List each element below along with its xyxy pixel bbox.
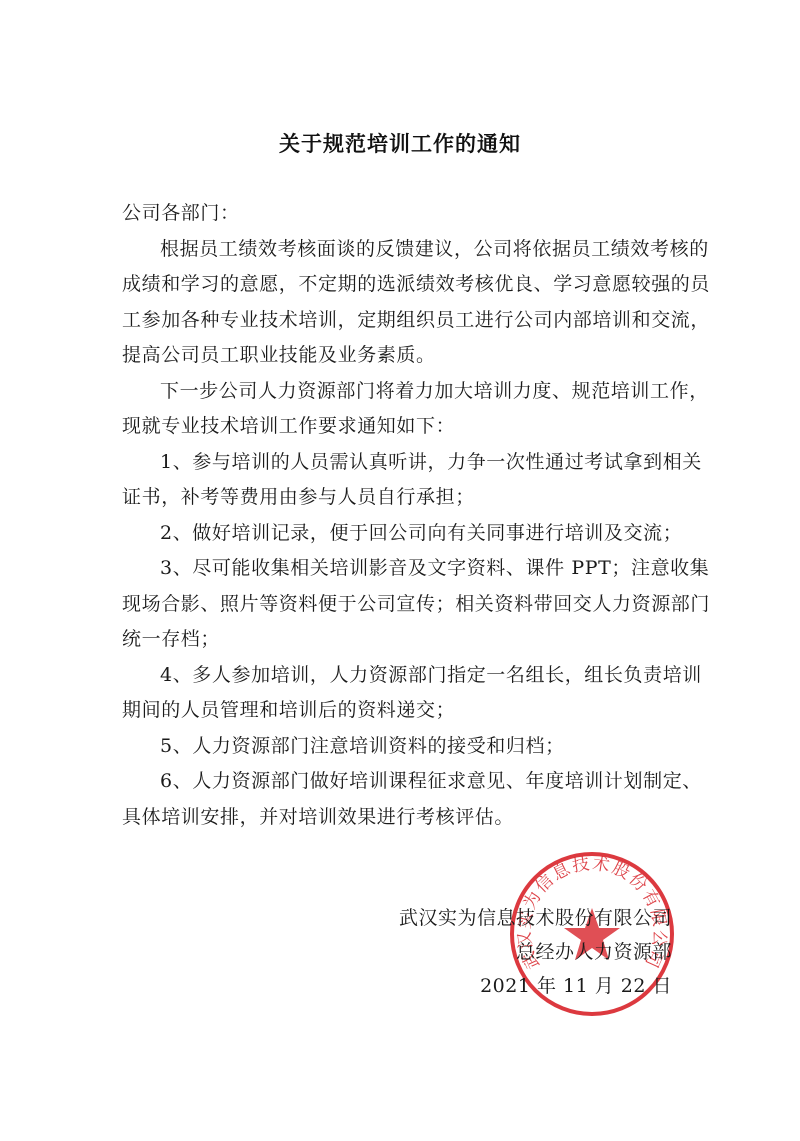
- document-page: 关于规范培训工作的通知 公司各部门： 根据员工绩效考核面谈的反馈建议，公司将依据…: [0, 0, 800, 1141]
- text-line: 具体培训安排，并对培训效果进行考核评估。: [84, 800, 682, 836]
- text-line: 工参加各种专业技术培训，定期组织员工进行公司内部培训和交流，: [84, 303, 682, 339]
- text-line: 4、多人参加培训，人力资源部门指定一名组长，组长负责培训: [122, 658, 682, 694]
- requirement-item-5: 5、人力资源部门注意培训资料的接受和归档；: [122, 729, 682, 765]
- paragraph-intro: 根据员工绩效考核面谈的反馈建议，公司将依据员工绩效考核的 成绩和学习的意愿，不定…: [122, 232, 682, 374]
- text-line: 2、做好培训记录，便于回公司向有关同事进行培训及交流；: [122, 516, 682, 552]
- text-line: 下一步公司人力资源部门将着力加大培训力度、规范培训工作，: [122, 374, 682, 410]
- signature-date: 2021 年 11 月 22 日: [480, 971, 672, 998]
- requirement-item-4: 4、多人参加培训，人力资源部门指定一名组长，组长负责培训 期间的人员管理和培训后…: [122, 658, 682, 729]
- requirement-item-1: 1、参与培训的人员需认真听讲，力争一次性通过考试拿到相关 证书，补考等费用由参与…: [122, 445, 682, 516]
- requirement-item-2: 2、做好培训记录，便于回公司向有关同事进行培训及交流；: [122, 516, 682, 552]
- text-line: 证书，补考等费用由参与人员自行承担；: [84, 480, 682, 516]
- text-line: 提高公司员工职业技能及业务素质。: [84, 338, 682, 374]
- document-title: 关于规范培训工作的通知: [0, 128, 800, 158]
- text-line: 1、参与培训的人员需认真听讲，力争一次性通过考试拿到相关: [122, 445, 682, 481]
- text-line: 统一存档；: [84, 622, 682, 658]
- text-line: 成绩和学习的意愿，不定期的选派绩效考核优良、学习意愿较强的员: [84, 267, 682, 303]
- requirement-item-3: 3、尽可能收集相关培训影音及文字资料、课件 PPT；注意收集 现场合影、照片等资…: [122, 551, 682, 658]
- paragraph-next-step: 下一步公司人力资源部门将着力加大培训力度、规范培训工作， 现就专业技术培训工作要…: [122, 374, 682, 445]
- text-line: 现就专业技术培训工作要求通知如下：: [84, 409, 682, 445]
- signature-company: 武汉实为信息技术股份有限公司: [399, 903, 672, 930]
- text-line: 根据员工绩效考核面谈的反馈建议，公司将依据员工绩效考核的: [122, 232, 682, 268]
- salutation: 公司各部门：: [122, 196, 682, 232]
- requirement-item-6: 6、人力资源部门做好培训课程征求意见、年度培训计划制定、 具体培训安排，并对培训…: [122, 764, 682, 835]
- text-line: 5、人力资源部门注意培训资料的接受和归档；: [122, 729, 682, 765]
- text-line: 现场合影、照片等资料便于公司宣传；相关资料带回交人力资源部门: [84, 587, 682, 623]
- document-body: 公司各部门： 根据员工绩效考核面谈的反馈建议，公司将依据员工绩效考核的 成绩和学…: [122, 196, 682, 835]
- text-line: 3、尽可能收集相关培训影音及文字资料、课件 PPT；注意收集: [122, 551, 682, 587]
- signature-department: 总经办人力资源部: [516, 937, 672, 964]
- text-line: 6、人力资源部门做好培训课程征求意见、年度培训计划制定、: [122, 764, 682, 800]
- text-line: 期间的人员管理和培训后的资料递交；: [84, 693, 682, 729]
